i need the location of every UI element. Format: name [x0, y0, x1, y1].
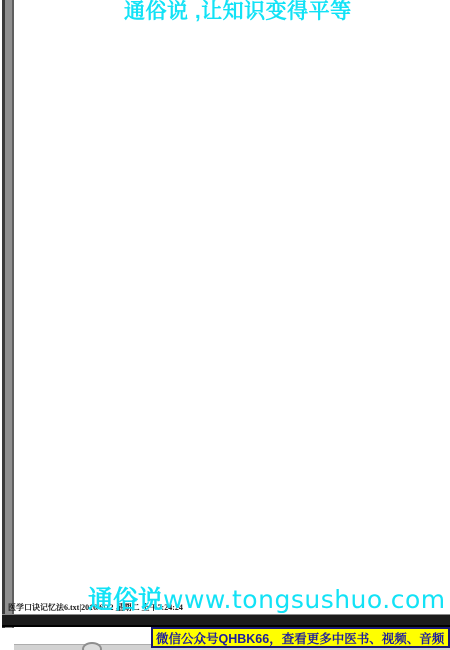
document-page — [14, 0, 450, 614]
circle-button — [82, 642, 102, 650]
bottom-watermark: 通俗说www.tongsushuo.com — [88, 586, 446, 617]
watermark-site-name: 通俗说 — [88, 586, 163, 614]
wechat-banner: 微信公众号QHBK66，查看更多中医书、视频、音频 — [151, 627, 450, 648]
window-left-border — [0, 0, 14, 628]
watermark-site-url: www.tongsushuo.com — [163, 585, 446, 614]
top-watermark-text: 通俗说 ,让知识变得平等 — [124, 0, 352, 25]
screenshot-root: 通俗说 ,让知识变得平等 医学趣味记忆法6 猜猜是说什么?发热酸痛一身乏，眼红腿… — [0, 0, 450, 650]
